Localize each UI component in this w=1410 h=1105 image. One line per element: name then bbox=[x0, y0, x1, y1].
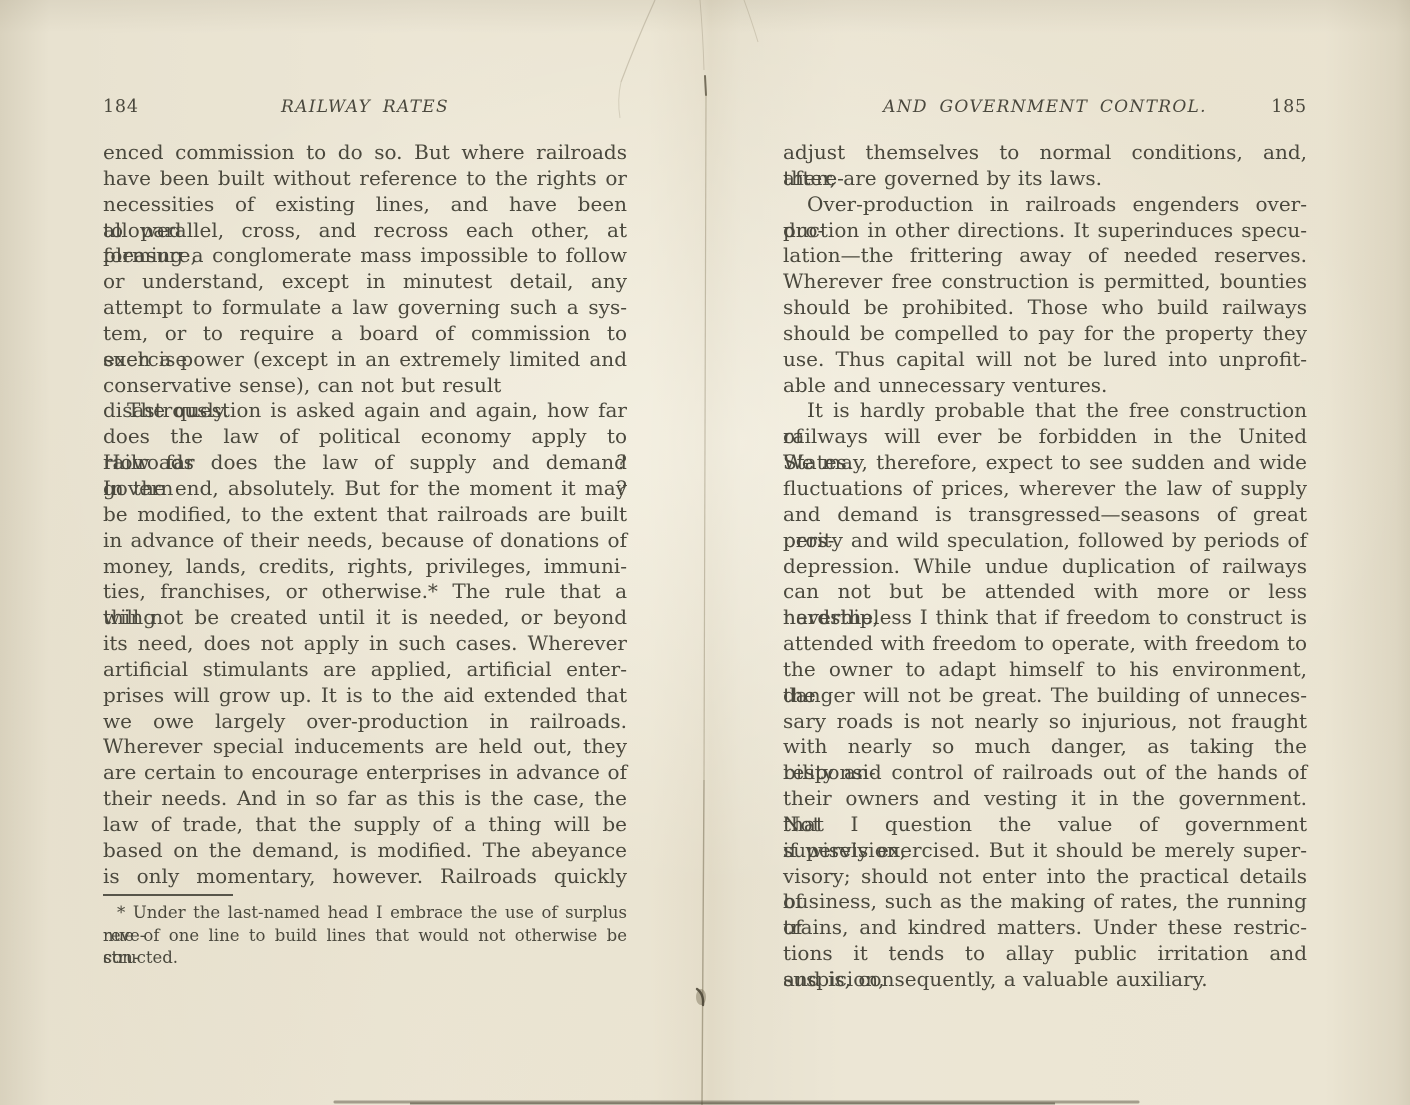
text-line: It is hardly probable that the free cons… bbox=[783, 398, 1307, 424]
text-line: and is, consequently, a valuable auxilia… bbox=[783, 967, 1307, 993]
binding-seam bbox=[702, 780, 704, 1105]
text-line: nevertheless I think that if freedom to … bbox=[783, 605, 1307, 631]
text-line: bility and control of railroads out of t… bbox=[783, 760, 1307, 786]
text-line: necessities of existing lines, and have … bbox=[103, 192, 627, 218]
page-number-right: 185 bbox=[1271, 97, 1307, 117]
text-line: their owners and vesting it in the gover… bbox=[783, 786, 1307, 812]
text-line: are certain to encourage enterprises in … bbox=[103, 760, 627, 786]
text-line: trains, and kindred matters. Under these… bbox=[783, 915, 1307, 941]
binding-knot bbox=[697, 989, 703, 1005]
text-line: The question is asked again and again, h… bbox=[103, 398, 627, 424]
text-line: How far does the law of supply and deman… bbox=[103, 450, 627, 476]
text-line: with nearly so much danger, as taking th… bbox=[783, 734, 1307, 760]
text-line: duction in other directions. It superind… bbox=[783, 218, 1307, 244]
text-line: their needs. And in so far as this is th… bbox=[103, 786, 627, 812]
seam-tick bbox=[705, 76, 706, 95]
text-line: conservative sense), can not but result … bbox=[103, 373, 627, 399]
text-line: law of trade, that the supply of a thing… bbox=[103, 812, 627, 838]
text-line: or understand, except in minutest detail… bbox=[103, 269, 627, 295]
left-page-body: enced commission to do so. But where rai… bbox=[103, 140, 627, 889]
text-line: can not but be attended with more or les… bbox=[783, 579, 1307, 605]
text-line: tem, or to require a board of commission… bbox=[103, 321, 627, 347]
text-line: be modified, to the extent that railroad… bbox=[103, 502, 627, 528]
text-line: visory; should not enter into the practi… bbox=[783, 864, 1307, 890]
crease-line bbox=[744, 0, 758, 42]
text-line: that I question the value of government … bbox=[783, 812, 1307, 838]
text-line: attempt to formulate a law governing suc… bbox=[103, 295, 627, 321]
text-line: structed. bbox=[103, 947, 627, 970]
running-header-left: RAILWAY RATES bbox=[103, 97, 627, 117]
text-line: attended with freedom to operate, with f… bbox=[783, 631, 1307, 657]
text-line: does the law of political economy apply … bbox=[103, 424, 627, 450]
right-page: AND GOVERNMENT CONTROL. 185 adjust thems… bbox=[783, 0, 1307, 1105]
text-line: adjust themselves to normal conditions, … bbox=[783, 140, 1307, 166]
text-line: to parallel, cross, and recross each oth… bbox=[103, 218, 627, 244]
running-header-right: AND GOVERNMENT CONTROL. bbox=[783, 97, 1307, 117]
text-line: business, such as the making of rates, t… bbox=[783, 889, 1307, 915]
text-line: forming a conglomerate mass impossible t… bbox=[103, 243, 627, 269]
text-line: use. Thus capital will not be lured into… bbox=[783, 347, 1307, 373]
text-line: artificial stimulants are applied, artif… bbox=[103, 657, 627, 683]
text-line: nue of one line to build lines that woul… bbox=[103, 925, 627, 948]
text-line: and demand is transgressed—seasons of gr… bbox=[783, 502, 1307, 528]
right-page-body: adjust themselves to normal conditions, … bbox=[783, 140, 1307, 993]
text-line: We may, therefore, expect to see sudden … bbox=[783, 450, 1307, 476]
text-line: ties, franchises, or otherwise.* The rul… bbox=[103, 579, 627, 605]
text-line: * Under the last-named head I embrace th… bbox=[103, 902, 627, 925]
footnote-rule bbox=[103, 894, 233, 896]
binding-knot bbox=[696, 989, 706, 1005]
text-line: have been built without reference to the… bbox=[103, 166, 627, 192]
text-line: the owner to adapt himself to his enviro… bbox=[783, 657, 1307, 683]
text-line: fluctuations of prices, wherever the law… bbox=[783, 476, 1307, 502]
crease-line bbox=[700, 0, 704, 70]
text-line: Wherever special inducements are held ou… bbox=[103, 734, 627, 760]
binding-seam bbox=[704, 95, 706, 780]
text-line: if wisely exercised. But it should be me… bbox=[783, 838, 1307, 864]
book-spread: 184 RAILWAY RATES enced commission to do… bbox=[0, 0, 1410, 1105]
text-line: we owe largely over-production in railro… bbox=[103, 709, 627, 735]
text-line: in advance of their needs, because of do… bbox=[103, 528, 627, 554]
text-line: depression. While undue duplication of r… bbox=[783, 554, 1307, 580]
text-line: railways will ever be forbidden in the U… bbox=[783, 424, 1307, 450]
footnote-text: * Under the last-named head I embrace th… bbox=[103, 902, 627, 970]
text-line: able and unnecessary ventures. bbox=[783, 373, 1307, 399]
text-line: enced commission to do so. But where rai… bbox=[103, 140, 627, 166]
text-line: prises will grow up. It is to the aid ex… bbox=[103, 683, 627, 709]
text-line: based on the demand, is modified. The ab… bbox=[103, 838, 627, 864]
text-line: should be prohibited. Those who build ra… bbox=[783, 295, 1307, 321]
text-line: will not be created until it is needed, … bbox=[103, 605, 627, 631]
text-line: danger will not be great. The building o… bbox=[783, 683, 1307, 709]
text-line: lation—the frittering away of needed res… bbox=[783, 243, 1307, 269]
text-line: is only momentary, however. Railroads qu… bbox=[103, 864, 627, 890]
left-page: 184 RAILWAY RATES enced commission to do… bbox=[103, 0, 627, 1105]
text-line: Wherever free construction is permitted,… bbox=[783, 269, 1307, 295]
text-line: money, lands, credits, rights, privilege… bbox=[103, 554, 627, 580]
text-line: tions it tends to allay public irritatio… bbox=[783, 941, 1307, 967]
text-line: Over-production in railroads engenders o… bbox=[783, 192, 1307, 218]
text-line: should be compelled to pay for the prope… bbox=[783, 321, 1307, 347]
footnote: * Under the last-named head I embrace th… bbox=[103, 894, 627, 970]
text-line: sary roads is not nearly so injurious, n… bbox=[783, 709, 1307, 735]
text-line: perity and wild speculation, followed by… bbox=[783, 528, 1307, 554]
text-line: In the end, absolutely. But for the mome… bbox=[103, 476, 627, 502]
text-line: its need, does not apply in such cases. … bbox=[103, 631, 627, 657]
text-line: such a power (except in an extremely lim… bbox=[103, 347, 627, 373]
text-line: after, are governed by its laws. bbox=[783, 166, 1307, 192]
